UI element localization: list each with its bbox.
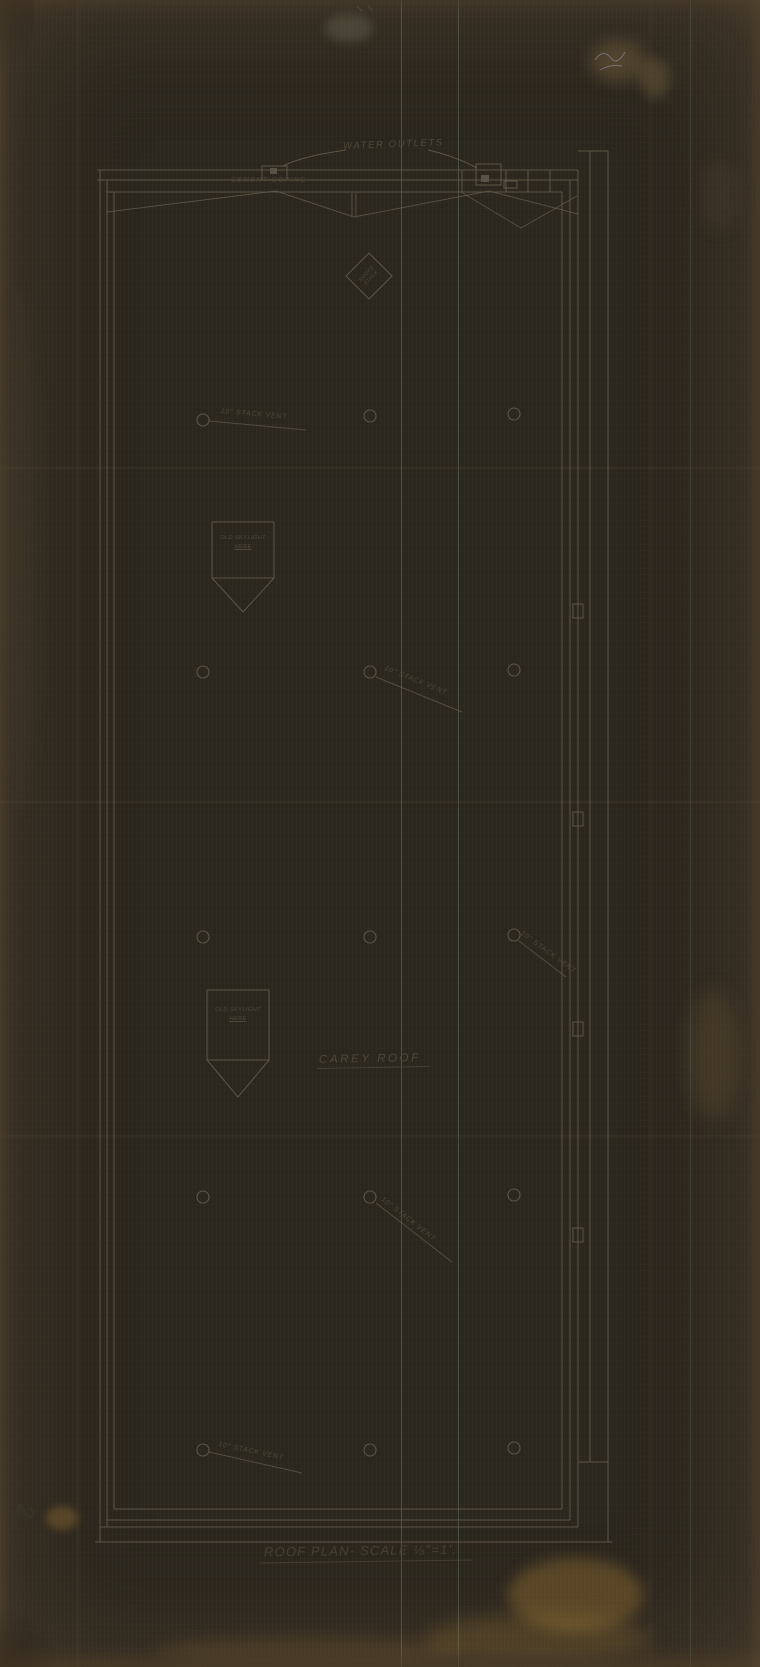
drawing-sheet: WATER OUTLETS CEMENT COPING SMOKE STACK … bbox=[0, 0, 760, 1667]
sheet-number: 2 bbox=[9, 1503, 41, 1520]
water-outlets-leader-lines bbox=[283, 150, 477, 168]
roof-valley-lines bbox=[107, 191, 578, 228]
skylight-2-label-line2: HERE bbox=[209, 1015, 267, 1024]
plan-linework bbox=[0, 0, 760, 1667]
leader-lines bbox=[209, 421, 566, 1473]
skylight-1-label-line2: HERE bbox=[214, 543, 272, 552]
skylight-1-label: OLD SKYLIGHT HERE bbox=[214, 534, 272, 552]
vent-circle bbox=[197, 1191, 209, 1203]
roof-name-label: CAREY ROOF bbox=[317, 1052, 429, 1069]
vent-circle bbox=[508, 1442, 520, 1454]
vent-circle bbox=[197, 931, 209, 943]
vent-circles bbox=[197, 408, 520, 1456]
skylight-1-label-line1: OLD SKYLIGHT bbox=[214, 534, 272, 543]
coping-band-divisions bbox=[462, 170, 550, 192]
pencil-scribble bbox=[595, 52, 625, 70]
pencil-tick-marks bbox=[357, 5, 372, 11]
vent-circle bbox=[364, 410, 376, 422]
vent-circle bbox=[508, 664, 520, 676]
vent-circle bbox=[364, 1444, 376, 1456]
vent-circle bbox=[197, 414, 209, 426]
vent-circle bbox=[364, 666, 376, 678]
vent-circle bbox=[197, 666, 209, 678]
cement-coping-label: CEMENT COPING bbox=[231, 177, 307, 184]
vent-circle bbox=[508, 408, 520, 420]
vent-circle bbox=[364, 931, 376, 943]
vent-circle bbox=[364, 1191, 376, 1203]
sheet-title: ROOF PLAN- SCALE ⅛"=1'. bbox=[260, 1542, 473, 1564]
parapet-outline bbox=[95, 170, 612, 1542]
vent-circle bbox=[197, 1444, 209, 1456]
skylight-2-label: OLD SKYLIGHT HERE bbox=[209, 1006, 267, 1024]
vent-circle bbox=[508, 1189, 520, 1201]
skylight-2-label-line1: OLD SKYLIGHT bbox=[209, 1006, 267, 1015]
